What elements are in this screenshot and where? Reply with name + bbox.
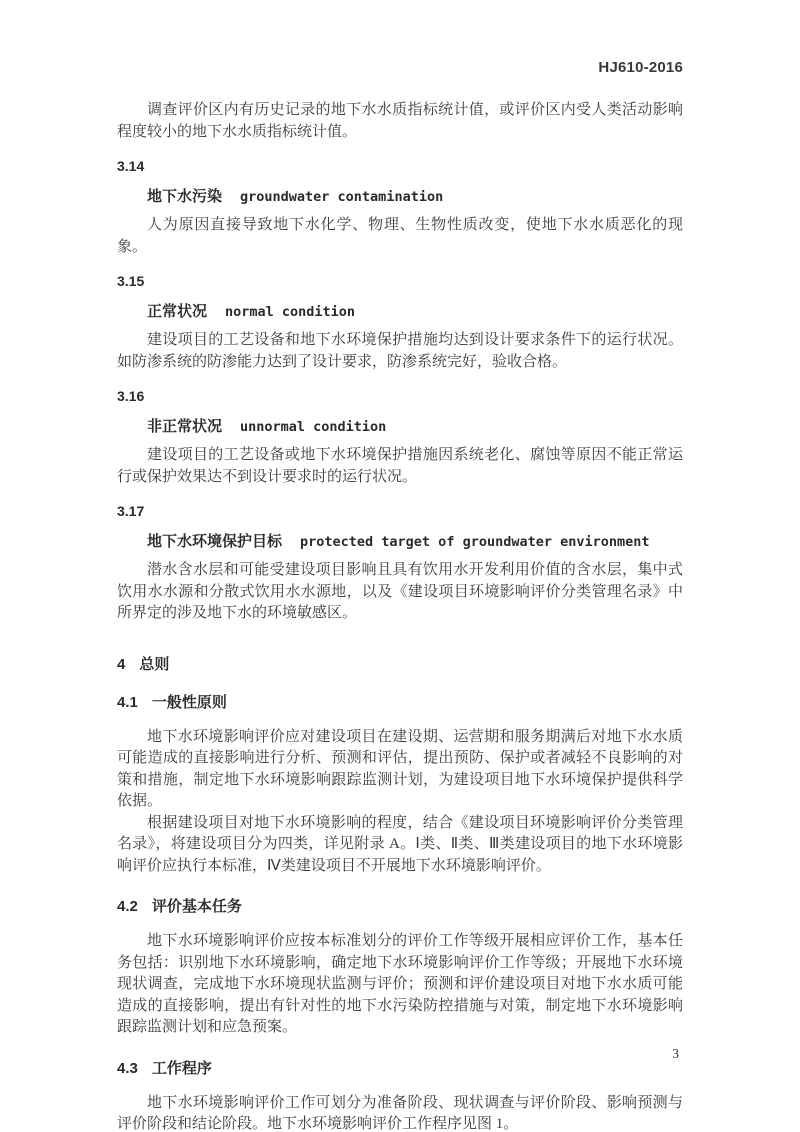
term-line: 正常状况 normal condition <box>117 303 683 321</box>
subsection-number: 4.1 <box>117 694 138 711</box>
page-content: HJ610-2016 调查评价区内有历史记录的地下水水质指标统计值，或评价区内受… <box>117 0 683 1132</box>
term-line: 地下水污染 groundwater contamination <box>117 188 683 206</box>
paragraph: 根据建设项目对地下水环境影响的程度，结合《建设项目环境影响评价分类管理名录》，将… <box>117 813 683 878</box>
term-chinese: 地下水污染 <box>147 188 222 205</box>
definition-body: 建设项目的工艺设备和地下水环境保护措施均达到设计要求条件下的运行状况。如防渗系统… <box>117 330 683 373</box>
clause-number: 3.14 <box>117 159 683 174</box>
definition-3-16: 3.16 非正常状况 unnormal condition 建设项目的工艺设备或… <box>117 389 683 488</box>
subsection-number: 4.3 <box>117 1060 138 1077</box>
paragraph: 地下水环境影响评价应按本标准划分的评价工作等级开展相应评价工作，基本任务包括：识… <box>117 931 683 1039</box>
definition-body: 建设项目的工艺设备或地下水环境保护措施因系统老化、腐蚀等原因不能正常运行或保护效… <box>117 445 683 488</box>
section-4-heading: 4总则 <box>117 656 683 673</box>
definition-3-14: 3.14 地下水污染 groundwater contamination 人为原… <box>117 159 683 258</box>
paragraph: 地下水环境影响评价应对建设项目在建设期、运营期和服务期满后对地下水水质可能造成的… <box>117 727 683 813</box>
subsection-4-1-heading: 4.1一般性原则 <box>117 694 683 711</box>
clause-number: 3.17 <box>117 504 683 519</box>
clause-number: 3.15 <box>117 274 683 289</box>
subsection-title: 评价基本任务 <box>152 898 242 915</box>
term-english: normal condition <box>225 304 355 320</box>
standard-code: HJ610-2016 <box>117 0 683 76</box>
document-page: HJ610-2016 调查评价区内有历史记录的地下水水质指标统计值，或评价区内受… <box>0 0 800 1132</box>
term-english: groundwater contamination <box>240 189 443 205</box>
intro-paragraph: 调查评价区内有历史记录的地下水水质指标统计值，或评价区内受人类活动影响程度较小的… <box>117 100 683 143</box>
subsection-title: 工作程序 <box>152 1060 212 1077</box>
definition-3-17: 3.17 地下水环境保护目标 protected target of groun… <box>117 504 683 625</box>
subsection-4-3-heading: 4.3工作程序 <box>117 1060 683 1077</box>
subsection-number: 4.2 <box>117 898 138 915</box>
clause-number: 3.16 <box>117 389 683 404</box>
subsection-4-3: 4.3工作程序 地下水环境影响评价工作可划分为准备阶段、现状调查与评价阶段、影响… <box>117 1060 683 1132</box>
section-number: 4 <box>117 656 125 673</box>
subsection-4-1: 4.1一般性原则 地下水环境影响评价应对建设项目在建设期、运营期和服务期满后对地… <box>117 694 683 878</box>
subsection-4-2: 4.2评价基本任务 地下水环境影响评价应按本标准划分的评价工作等级开展相应评价工… <box>117 898 683 1039</box>
term-chinese: 地下水环境保护目标 <box>147 533 282 550</box>
term-line: 地下水环境保护目标 protected target of groundwate… <box>117 533 683 551</box>
definition-body: 人为原因直接导致地下水化学、物理、生物性质改变，使地下水水质恶化的现象。 <box>117 215 683 258</box>
subsection-title: 一般性原则 <box>152 694 227 711</box>
definition-3-15: 3.15 正常状况 normal condition 建设项目的工艺设备和地下水… <box>117 274 683 373</box>
section-title: 总则 <box>139 656 169 673</box>
term-line: 非正常状况 unnormal condition <box>117 418 683 436</box>
definition-body: 潜水含水层和可能受建设项目影响且具有饮用水开发利用价值的含水层，集中式饮用水水源… <box>117 560 683 625</box>
term-english: protected target of groundwater environm… <box>300 534 650 550</box>
subsection-4-2-heading: 4.2评价基本任务 <box>117 898 683 915</box>
term-english: unnormal condition <box>240 419 386 435</box>
term-chinese: 非正常状况 <box>147 418 222 435</box>
term-chinese: 正常状况 <box>147 303 207 320</box>
page-number: 3 <box>672 1046 679 1062</box>
paragraph: 地下水环境影响评价工作可划分为准备阶段、现状调查与评价阶段、影响预测与评价阶段和… <box>117 1093 683 1132</box>
